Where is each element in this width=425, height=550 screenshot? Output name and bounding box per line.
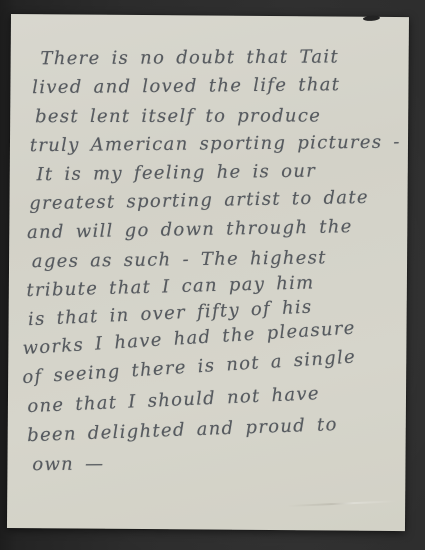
paper-crease <box>287 500 397 507</box>
handwritten-line: ages as such - The highest <box>32 246 407 272</box>
scanned-letter: There is no doubt that Taitlived and lov… <box>0 0 425 550</box>
handwritten-line: greatest sporting artist to date <box>29 186 407 214</box>
letter-paper: There is no doubt that Taitlived and lov… <box>7 14 409 531</box>
handwritten-line: own — <box>32 451 405 476</box>
handwritten-line: been delighted and proud to <box>27 412 406 447</box>
handwritten-line: one that I should not have <box>27 379 406 417</box>
handwritten-line: It is my feeling he is our <box>36 159 407 185</box>
handwritten-line: and will go down through the <box>27 215 407 243</box>
letter-body: There is no doubt that Taitlived and lov… <box>7 14 409 478</box>
handwritten-line: lived and loved the life that <box>32 74 408 99</box>
handwritten-line: best lent itself to produce <box>35 105 408 127</box>
handwritten-line: truly American sporting pictures - <box>30 132 408 157</box>
handwritten-line: There is no doubt that Tait <box>40 46 408 69</box>
